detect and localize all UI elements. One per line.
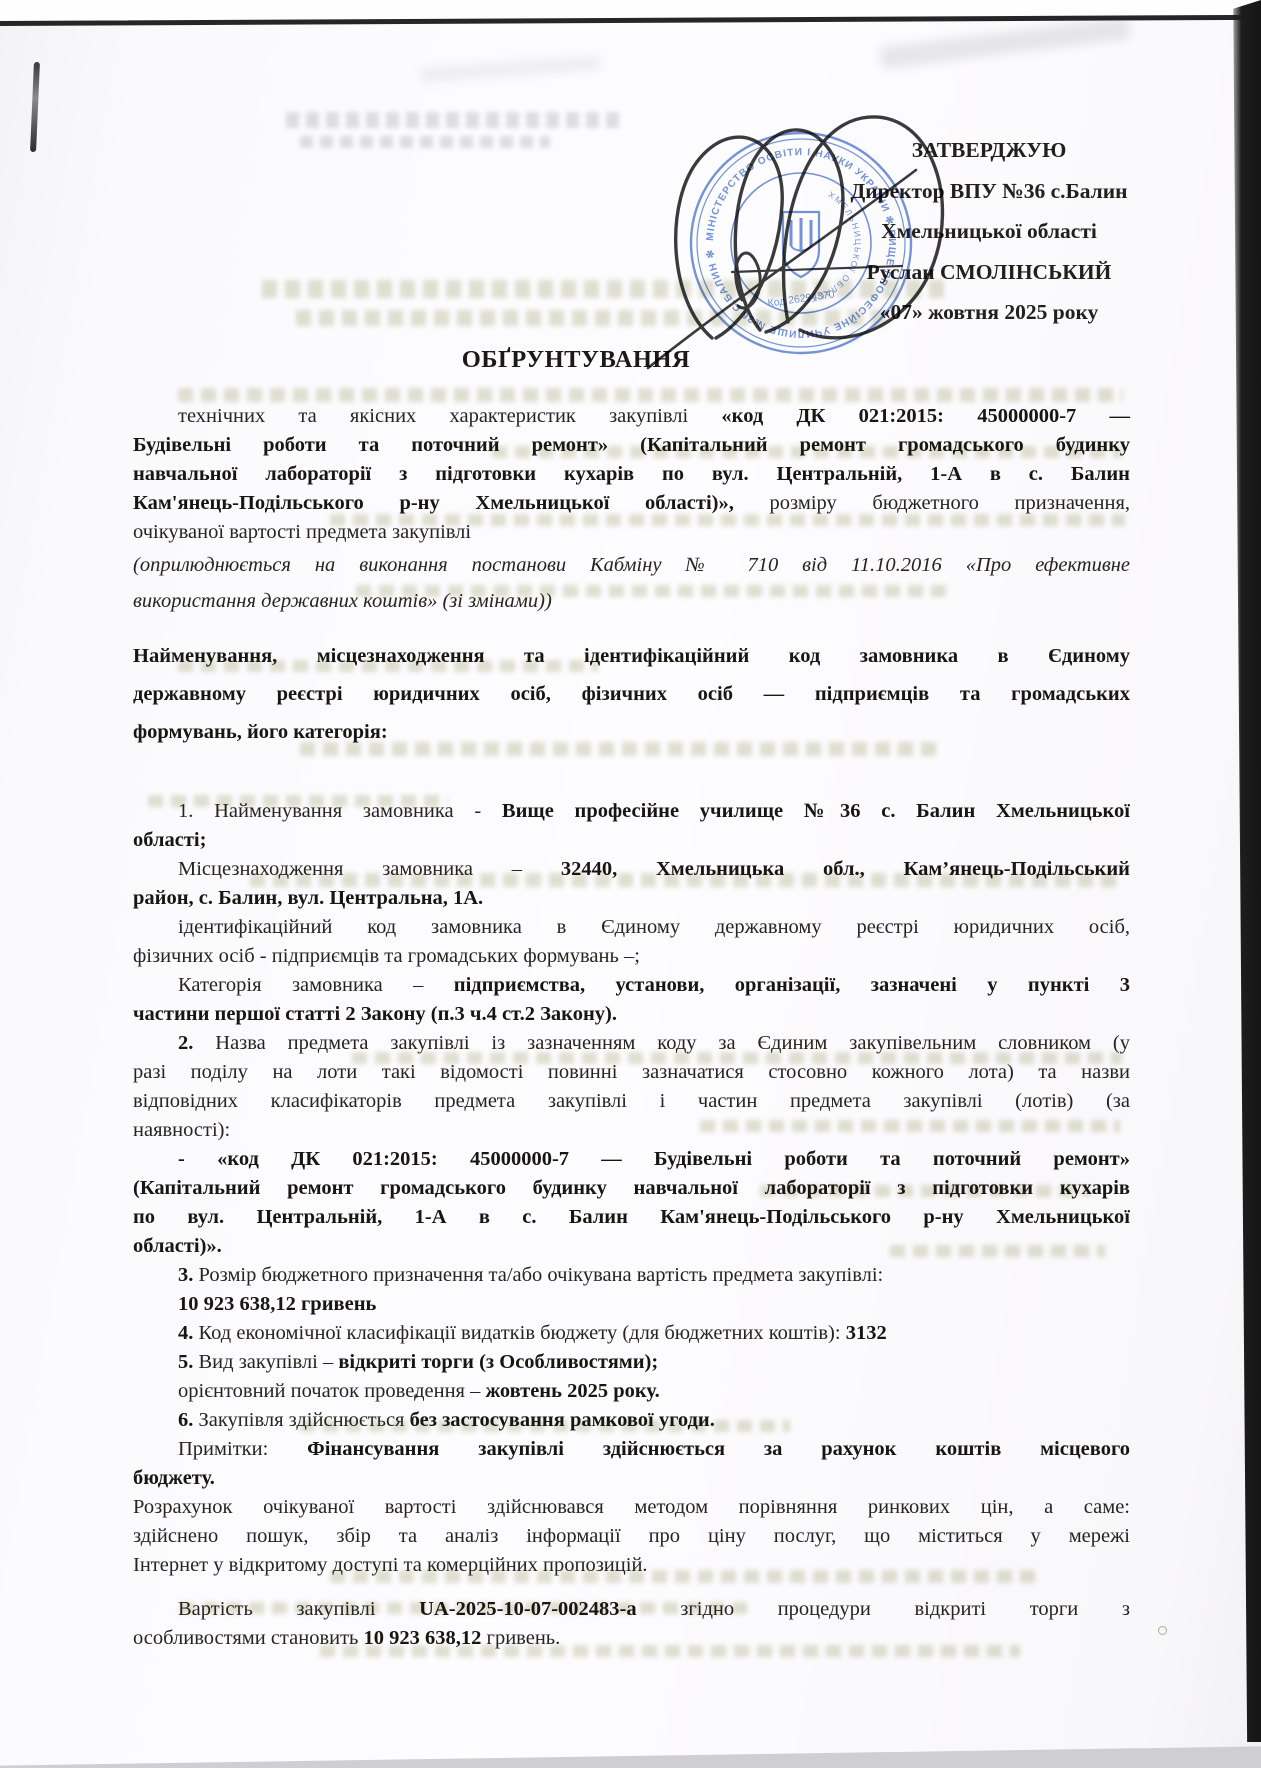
text-run-bold: 6.	[178, 1409, 193, 1431]
text-run: Код економічної класифікації видатків бю…	[193, 1322, 845, 1344]
text-line: Примітки: Фінансування закупівлі здійсню…	[133, 1435, 1130, 1464]
text-run: Категорія замовника –	[178, 974, 454, 996]
text-line: по вул. Центральній, 1-А в с. Балин Кам'…	[133, 1203, 1130, 1232]
text-run-bold: 10 923 638,12 гривень	[178, 1293, 376, 1315]
text-line: частини першої статті 2 Закону (п.3 ч.4 …	[133, 1000, 1130, 1029]
page-title: ОБҐРУНТУВАННЯ	[0, 346, 1152, 374]
text-line: 3. Розмір бюджетного призначення та/або …	[133, 1261, 1130, 1290]
text-line: разі поділу на лоти такі відомості повин…	[133, 1058, 1130, 1087]
text-line: 2. Назва предмета закупівлі із зазначенн…	[133, 1029, 1130, 1058]
text-run: Назва предмета закупівлі із зазначенням …	[193, 1032, 1130, 1054]
text-run-italic: використання державних коштів» (зі зміна…	[133, 590, 552, 612]
text-run-bold: без застосування рамкової угоди.	[410, 1409, 715, 1431]
signature-stroke	[784, 117, 943, 338]
text-line: області)».	[133, 1232, 1130, 1261]
text-run: Вид закупівлі –	[193, 1351, 338, 1373]
text-line: район, с. Балин, вул. Центральна, 1А.	[133, 884, 1130, 913]
bleed-through-artifact	[178, 388, 1123, 402]
text-run: фізичних осіб - підприємців та громадськ…	[133, 945, 640, 967]
text-line: Місцезнаходження замовника – 32440, Хмел…	[133, 855, 1130, 884]
text-run-bold: 3132	[846, 1322, 887, 1344]
text-line: 4. Код економічної класифікації видатків…	[133, 1319, 1130, 1348]
text-run-bold: 10 923 638,12	[364, 1627, 482, 1649]
text-line: області;	[133, 826, 1130, 855]
scan-bottom-edge	[0, 1744, 1261, 1768]
text-run-bold: 3.	[178, 1264, 193, 1286]
text-run-bold: області)».	[133, 1235, 222, 1257]
text-run-bold: підприємства, установи, організації, заз…	[454, 974, 1130, 996]
text-run: Розмір бюджетного призначення та/або очі…	[193, 1264, 883, 1286]
text-run-bold: бюджету.	[133, 1467, 215, 1489]
text-run: гривень.	[481, 1627, 560, 1649]
text-run-bold: навчальної лабораторії з підготовки куха…	[133, 463, 1130, 485]
text-line: 6. Закупівля здійснюється без застосуван…	[133, 1406, 1130, 1435]
text-run-bold: державному реєстрі юридичних осіб, фізич…	[133, 683, 1130, 705]
text-line: бюджету.	[133, 1464, 1130, 1493]
text-line: 1. Найменування замовника - Вище професі…	[133, 797, 1130, 826]
text-run-bold: 2.	[178, 1032, 193, 1054]
text-line: 10 923 638,12 гривень	[133, 1290, 1130, 1319]
text-line: фізичних осіб - підприємців та громадськ…	[133, 942, 1130, 971]
text-line: ідентифікаційний код замовника в Єдиному…	[133, 913, 1130, 942]
text-line: особливостями становить 10 923 638,12 гр…	[133, 1624, 1130, 1653]
smudge-artifact	[420, 56, 601, 83]
text-run: Закупівля здійснюється	[193, 1409, 409, 1431]
text-line: відповідних класифікаторів предмета заку…	[133, 1087, 1130, 1116]
text-line: орієнтовний початок проведення – жовтень…	[133, 1377, 1130, 1406]
text-run-bold: відкриті торги (з Особливостями);	[338, 1351, 658, 1373]
text-line: технічних та якісних характеристик закуп…	[133, 402, 1130, 431]
text-run-bold: район, с. Балин, вул. Центральна, 1А.	[133, 887, 483, 909]
text-run: Розрахунок очікуваної вартості здійснюва…	[133, 1496, 1130, 1518]
text-line: навчальної лабораторії з підготовки куха…	[133, 460, 1130, 489]
text-run: очікуваної вартості предмета закупівлі	[133, 521, 471, 543]
text-line: здійснено пошук, збір та аналіз інформац…	[133, 1522, 1130, 1551]
text-line: Інтернет у відкритому доступі та комерці…	[133, 1551, 1130, 1580]
scanned-document-page: ЗАТВЕРДЖУЮ Директор ВПУ №36 с.Балин Хмел…	[0, 0, 1261, 1768]
text-run-italic: (оприлюднюється на виконання постанови К…	[133, 554, 1130, 576]
text-run: Місцезнаходження замовника –	[178, 858, 561, 880]
text-run-bold: області;	[133, 829, 206, 851]
text-line: (Капітальний ремонт громадського будинку…	[133, 1174, 1130, 1203]
text-run: ідентифікаційний код замовника в Єдиному…	[178, 916, 1130, 938]
text-run-bold: 32440, Хмельницька обл., Кам’янець-Поділ…	[561, 858, 1130, 880]
text-run-bold: (Капітальний ремонт громадського будинку…	[133, 1177, 1130, 1199]
text-run: технічних та якісних характеристик закуп…	[178, 405, 721, 427]
text-line: наявності):	[133, 1116, 1130, 1145]
text-line: очікуваної вартості предмета закупівлі	[133, 518, 1130, 547]
text-run-bold: Кам'янець-Подільського р-ну Хмельницької…	[133, 492, 734, 514]
text-run-bold: Будівельні роботи та поточний ремонт» (К…	[133, 434, 1130, 456]
text-run-bold: 5.	[178, 1351, 193, 1373]
text-run-bold: UA-2025-10-07-002483-а	[419, 1598, 637, 1620]
text-run: разі поділу на лоти такі відомості повин…	[133, 1061, 1130, 1083]
text-run: наявності):	[133, 1119, 230, 1141]
text-run: особливостями становить	[133, 1627, 364, 1649]
text-run-bold: Вище професійне училище №36 с. Балин Хме…	[502, 800, 1130, 822]
text-line: державному реєстрі юридичних осіб, фізич…	[133, 675, 1130, 713]
text-line: Розрахунок очікуваної вартості здійснюва…	[133, 1493, 1130, 1522]
text-run-bold: формувань, його категорія:	[133, 721, 388, 743]
text-run: згідно процедури відкриті торги з	[637, 1598, 1130, 1620]
text-run-bold: - «код ДК 021:2015: 45000000-7 — Будівел…	[178, 1148, 1130, 1170]
text-run: здійснено пошук, збір та аналіз інформац…	[133, 1525, 1130, 1547]
text-run: Примітки:	[178, 1438, 307, 1460]
bleed-through-artifact	[286, 112, 626, 128]
text-run: розміру бюджетного призначення,	[734, 492, 1130, 514]
speck-artifact	[1158, 1626, 1167, 1635]
text-line: Кам'янець-Подільського р-ну Хмельницької…	[133, 489, 1130, 518]
smudge-artifact	[880, 17, 1131, 69]
text-line: Категорія замовника – підприємства, уста…	[133, 971, 1130, 1000]
text-run: орієнтовний початок проведення –	[178, 1380, 485, 1402]
text-run-bold: Фінансування закупівлі здійснюється за р…	[307, 1438, 1130, 1460]
text-run-bold: «код ДК 021:2015: 45000000-7 —	[721, 405, 1130, 427]
text-run-bold: жовтень 2025 року.	[485, 1380, 659, 1402]
text-line: (оприлюднюється на виконання постанови К…	[133, 547, 1130, 583]
bleed-through-artifact	[300, 136, 550, 148]
document-body: технічних та якісних характеристик закуп…	[133, 402, 1130, 1653]
text-run: Інтернет у відкритому доступі та комерці…	[133, 1554, 648, 1576]
text-line: Будівельні роботи та поточний ремонт» (К…	[133, 431, 1130, 460]
text-line: - «код ДК 021:2015: 45000000-7 — Будівел…	[133, 1145, 1130, 1174]
text-run: Вартість закупівлі	[178, 1598, 419, 1620]
text-line: формувань, його категорія:	[133, 713, 1130, 751]
text-run-bold: частини першої статті 2 Закону (п.3 ч.4 …	[133, 1003, 617, 1025]
text-line: 5. Вид закупівлі – відкриті торги (з Осо…	[133, 1348, 1130, 1377]
text-run-bold: Найменування, місцезнаходження та іденти…	[133, 645, 1130, 667]
text-run-bold: 4.	[178, 1322, 193, 1344]
text-run: 1. Найменування замовника -	[178, 800, 502, 822]
text-line: використання державних коштів» (зі зміна…	[133, 583, 1130, 619]
text-line: Вартість закупівлі UA-2025-10-07-002483-…	[133, 1595, 1130, 1624]
text-run-bold: по вул. Центральній, 1-А в с. Балин Кам'…	[133, 1206, 1130, 1228]
signature-ink	[600, 90, 960, 390]
text-line: Найменування, місцезнаходження та іденти…	[133, 637, 1130, 675]
scan-edge-shadow	[1228, 0, 1261, 1742]
text-run: відповідних класифікаторів предмета заку…	[133, 1090, 1130, 1112]
staple-mark	[30, 62, 40, 152]
